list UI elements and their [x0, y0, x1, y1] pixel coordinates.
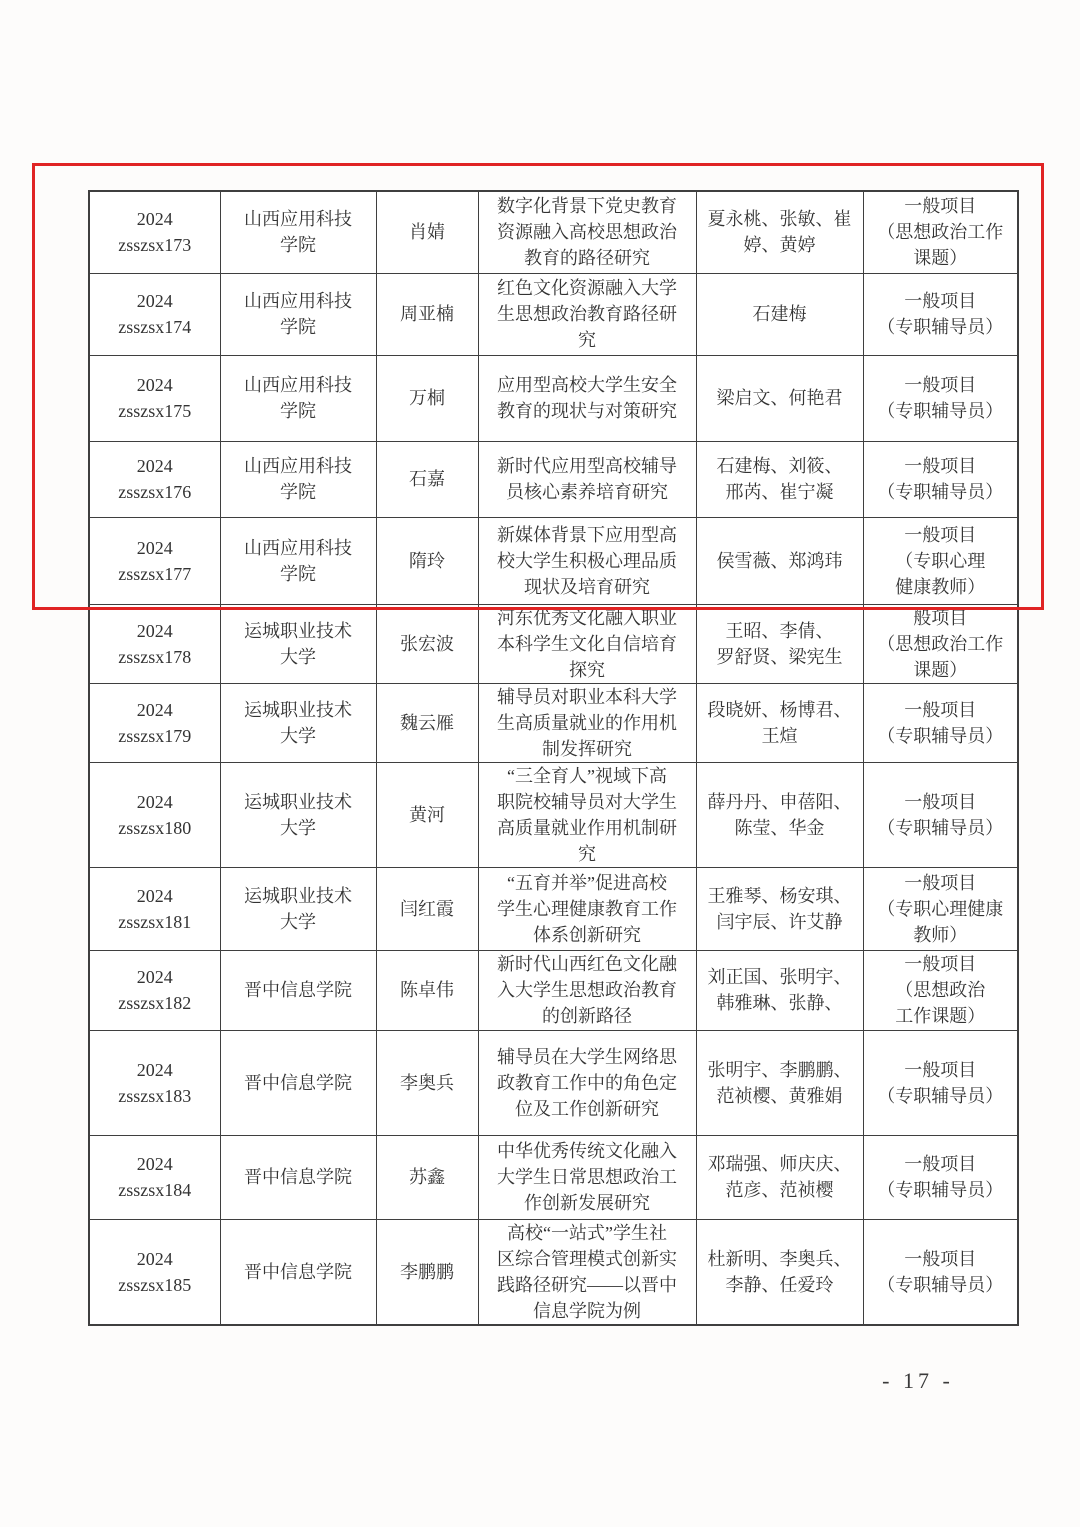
- table-row: 2024 zsszsx178运城职业技术 大学张宏波河东优秀文化融入职业 本科学…: [89, 604, 1018, 683]
- cell-project-category: 一般项目 （思想政治 工作课题）: [863, 950, 1018, 1030]
- cell-project-title: “五育并举”促进高校 学生心理健康教育工作 体系创新研究: [478, 867, 696, 950]
- cell-team-members: 王昭、李倩、 罗舒贤、梁宪生: [696, 604, 863, 683]
- cell-leader-name: 陈卓伟: [376, 950, 478, 1030]
- cell-leader-name: 闫红霞: [376, 867, 478, 950]
- table-row: 2024 zsszsx182晋中信息学院陈卓伟新时代山西红色文化融 入大学生思想…: [89, 950, 1018, 1030]
- cell-project-id: 2024 zsszsx179: [89, 683, 220, 762]
- table-row: 2024 zsszsx184晋中信息学院苏鑫中华优秀传统文化融入 大学生日常思想…: [89, 1135, 1018, 1219]
- table-row: 2024 zsszsx185晋中信息学院李鹏鹏高校“一站式”学生社 区综合管理模…: [89, 1219, 1018, 1325]
- cell-project-title: 高校“一站式”学生社 区综合管理模式创新实 践路径研究——以晋中 信息学院为例: [478, 1219, 696, 1325]
- cell-team-members: 王雅琴、杨安琪、 闫宇辰、许艾静: [696, 867, 863, 950]
- cell-project-title: 辅导员对职业本科大学 生高质量就业的作用机 制发挥研究: [478, 683, 696, 762]
- cell-leader-name: 张宏波: [376, 604, 478, 683]
- cell-project-id: 2024 zsszsx182: [89, 950, 220, 1030]
- cell-project-category: 一般项目 （专职辅导员）: [863, 1135, 1018, 1219]
- table-row: 2024 zsszsx181运城职业技术 大学闫红霞“五育并举”促进高校 学生心…: [89, 867, 1018, 950]
- cell-team-members: 薛丹丹、申蓓阳、 陈莹、华金: [696, 762, 863, 867]
- table-row: 2024 zsszsx179运城职业技术 大学魏云雁辅导员对职业本科大学 生高质…: [89, 683, 1018, 762]
- cell-project-id: 2024 zsszsx180: [89, 762, 220, 867]
- cell-institution: 运城职业技术 大学: [220, 762, 376, 867]
- cell-project-id: 2024 zsszsx183: [89, 1030, 220, 1135]
- cell-project-id: 2024 zsszsx185: [89, 1219, 220, 1325]
- cell-project-title: 中华优秀传统文化融入 大学生日常思想政治工 作创新发展研究: [478, 1135, 696, 1219]
- cell-institution: 晋中信息学院: [220, 1135, 376, 1219]
- cell-project-category: 一般项目 （专职心理健康 教师）: [863, 867, 1018, 950]
- cell-project-category: 一般项目 （专职辅导员）: [863, 1219, 1018, 1325]
- cell-institution: 运城职业技术 大学: [220, 683, 376, 762]
- cell-leader-name: 李鹏鹏: [376, 1219, 478, 1325]
- cell-project-title: 新时代山西红色文化融 入大学生思想政治教育 的创新路径: [478, 950, 696, 1030]
- cell-institution: 晋中信息学院: [220, 1030, 376, 1135]
- cell-project-category: 一般项目 （专职辅导员）: [863, 683, 1018, 762]
- cell-team-members: 杜新明、李奥兵、 李静、任爱玲: [696, 1219, 863, 1325]
- cell-project-title: 辅导员在大学生网络思 政教育工作中的角色定 位及工作创新研究: [478, 1030, 696, 1135]
- cell-team-members: 刘正国、张明宇、 韩雅琳、张静、: [696, 950, 863, 1030]
- cell-team-members: 邓瑞强、师庆庆、 范彦、范祯樱: [696, 1135, 863, 1219]
- document-page: 2024 zsszsx173山西应用科技 学院肖婧数字化背景下党史教育 资源融入…: [0, 0, 1080, 1527]
- cell-institution: 晋中信息学院: [220, 1219, 376, 1325]
- cell-project-id: 2024 zsszsx181: [89, 867, 220, 950]
- cell-institution: 运城职业技术 大学: [220, 604, 376, 683]
- cell-leader-name: 魏云雁: [376, 683, 478, 762]
- cell-project-title: 河东优秀文化融入职业 本科学生文化自信培育 探究: [478, 604, 696, 683]
- page-number: - 17 -: [858, 1368, 978, 1394]
- cell-project-id: 2024 zsszsx178: [89, 604, 220, 683]
- cell-leader-name: 黄河: [376, 762, 478, 867]
- cell-institution: 运城职业技术 大学: [220, 867, 376, 950]
- cell-project-category: 般项目 （思想政治工作 课题）: [863, 604, 1018, 683]
- cell-project-id: 2024 zsszsx184: [89, 1135, 220, 1219]
- cell-project-title: “三全育人”视域下高 职院校辅导员对大学生 高质量就业作用机制研 究: [478, 762, 696, 867]
- table-row: 2024 zsszsx183晋中信息学院李奥兵辅导员在大学生网络思 政教育工作中…: [89, 1030, 1018, 1135]
- cell-leader-name: 苏鑫: [376, 1135, 478, 1219]
- cell-institution: 晋中信息学院: [220, 950, 376, 1030]
- cell-project-category: 一般项目 （专职辅导员）: [863, 762, 1018, 867]
- cell-project-category: 一般项目 （专职辅导员）: [863, 1030, 1018, 1135]
- cell-team-members: 张明宇、李鹏鹏、 范祯樱、黄雅娟: [696, 1030, 863, 1135]
- table-row: 2024 zsszsx180运城职业技术 大学黄河“三全育人”视域下高 职院校辅…: [89, 762, 1018, 867]
- cell-team-members: 段晓妍、杨博君、 王煊: [696, 683, 863, 762]
- highlight-box: [32, 163, 1044, 610]
- cell-leader-name: 李奥兵: [376, 1030, 478, 1135]
